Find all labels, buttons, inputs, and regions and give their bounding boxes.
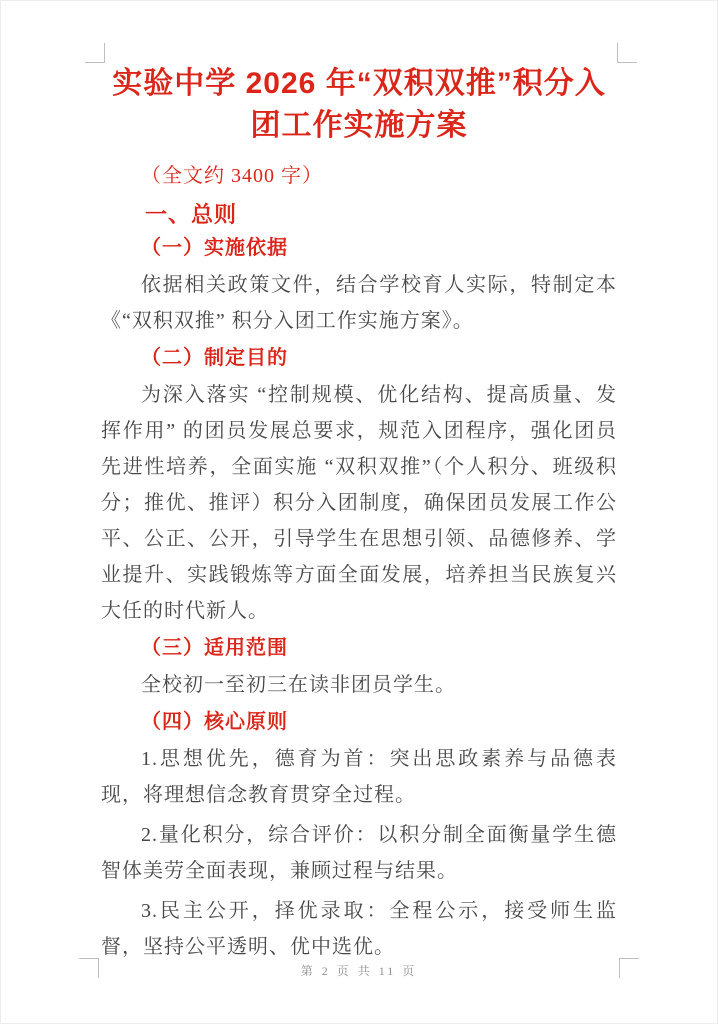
margin-mark-top-right-icon [617,43,637,63]
document-title: 实验中学 2026 年“双积双推”积分入团工作实施方案 [101,63,617,147]
subsection-heading-basis: （一）实施依据 [101,235,617,261]
margin-mark-top-left-icon [85,43,105,63]
section-heading-general: 一、总则 [101,201,617,229]
paragraph-principle-1: 1.思想优先，德育为首：突出思政素养与品德表现，将理想信念教育贯穿全过程。 [101,741,617,813]
paragraph-basis: 依据相关政策文件，结合学校育人实际，特制定本《“双积双推” 积分入团工作实施方案… [101,267,617,339]
paragraph-scope: 全校初一至初三在读非团员学生。 [101,667,617,703]
subsection-heading-scope: （三）适用范围 [101,635,617,661]
page-number-footer: 第 2 页 共 11 页 [1,962,717,979]
document-page: 实验中学 2026 年“双积双推”积分入团工作实施方案 （全文约 3400 字）… [0,0,718,1024]
document-content: 实验中学 2026 年“双积双推”积分入团工作实施方案 （全文约 3400 字）… [101,63,617,969]
word-count-note: （全文约 3400 字） [101,163,617,189]
paragraph-principle-3: 3.民主公开，择优录取：全程公示，接受师生监督，坚持公平透明、优中选优。 [101,893,617,965]
subsection-heading-principles: （四）核心原则 [101,709,617,735]
paragraph-principle-2: 2.量化积分，综合评价：以积分制全面衡量学生德智体美劳全面表现，兼顾过程与结果。 [101,817,617,889]
subsection-heading-purpose: （二）制定目的 [101,345,617,371]
paragraph-purpose: 为深入落实 “控制规模、优化结构、提高质量、发挥作用” 的团员发展总要求，规范入… [101,377,617,629]
